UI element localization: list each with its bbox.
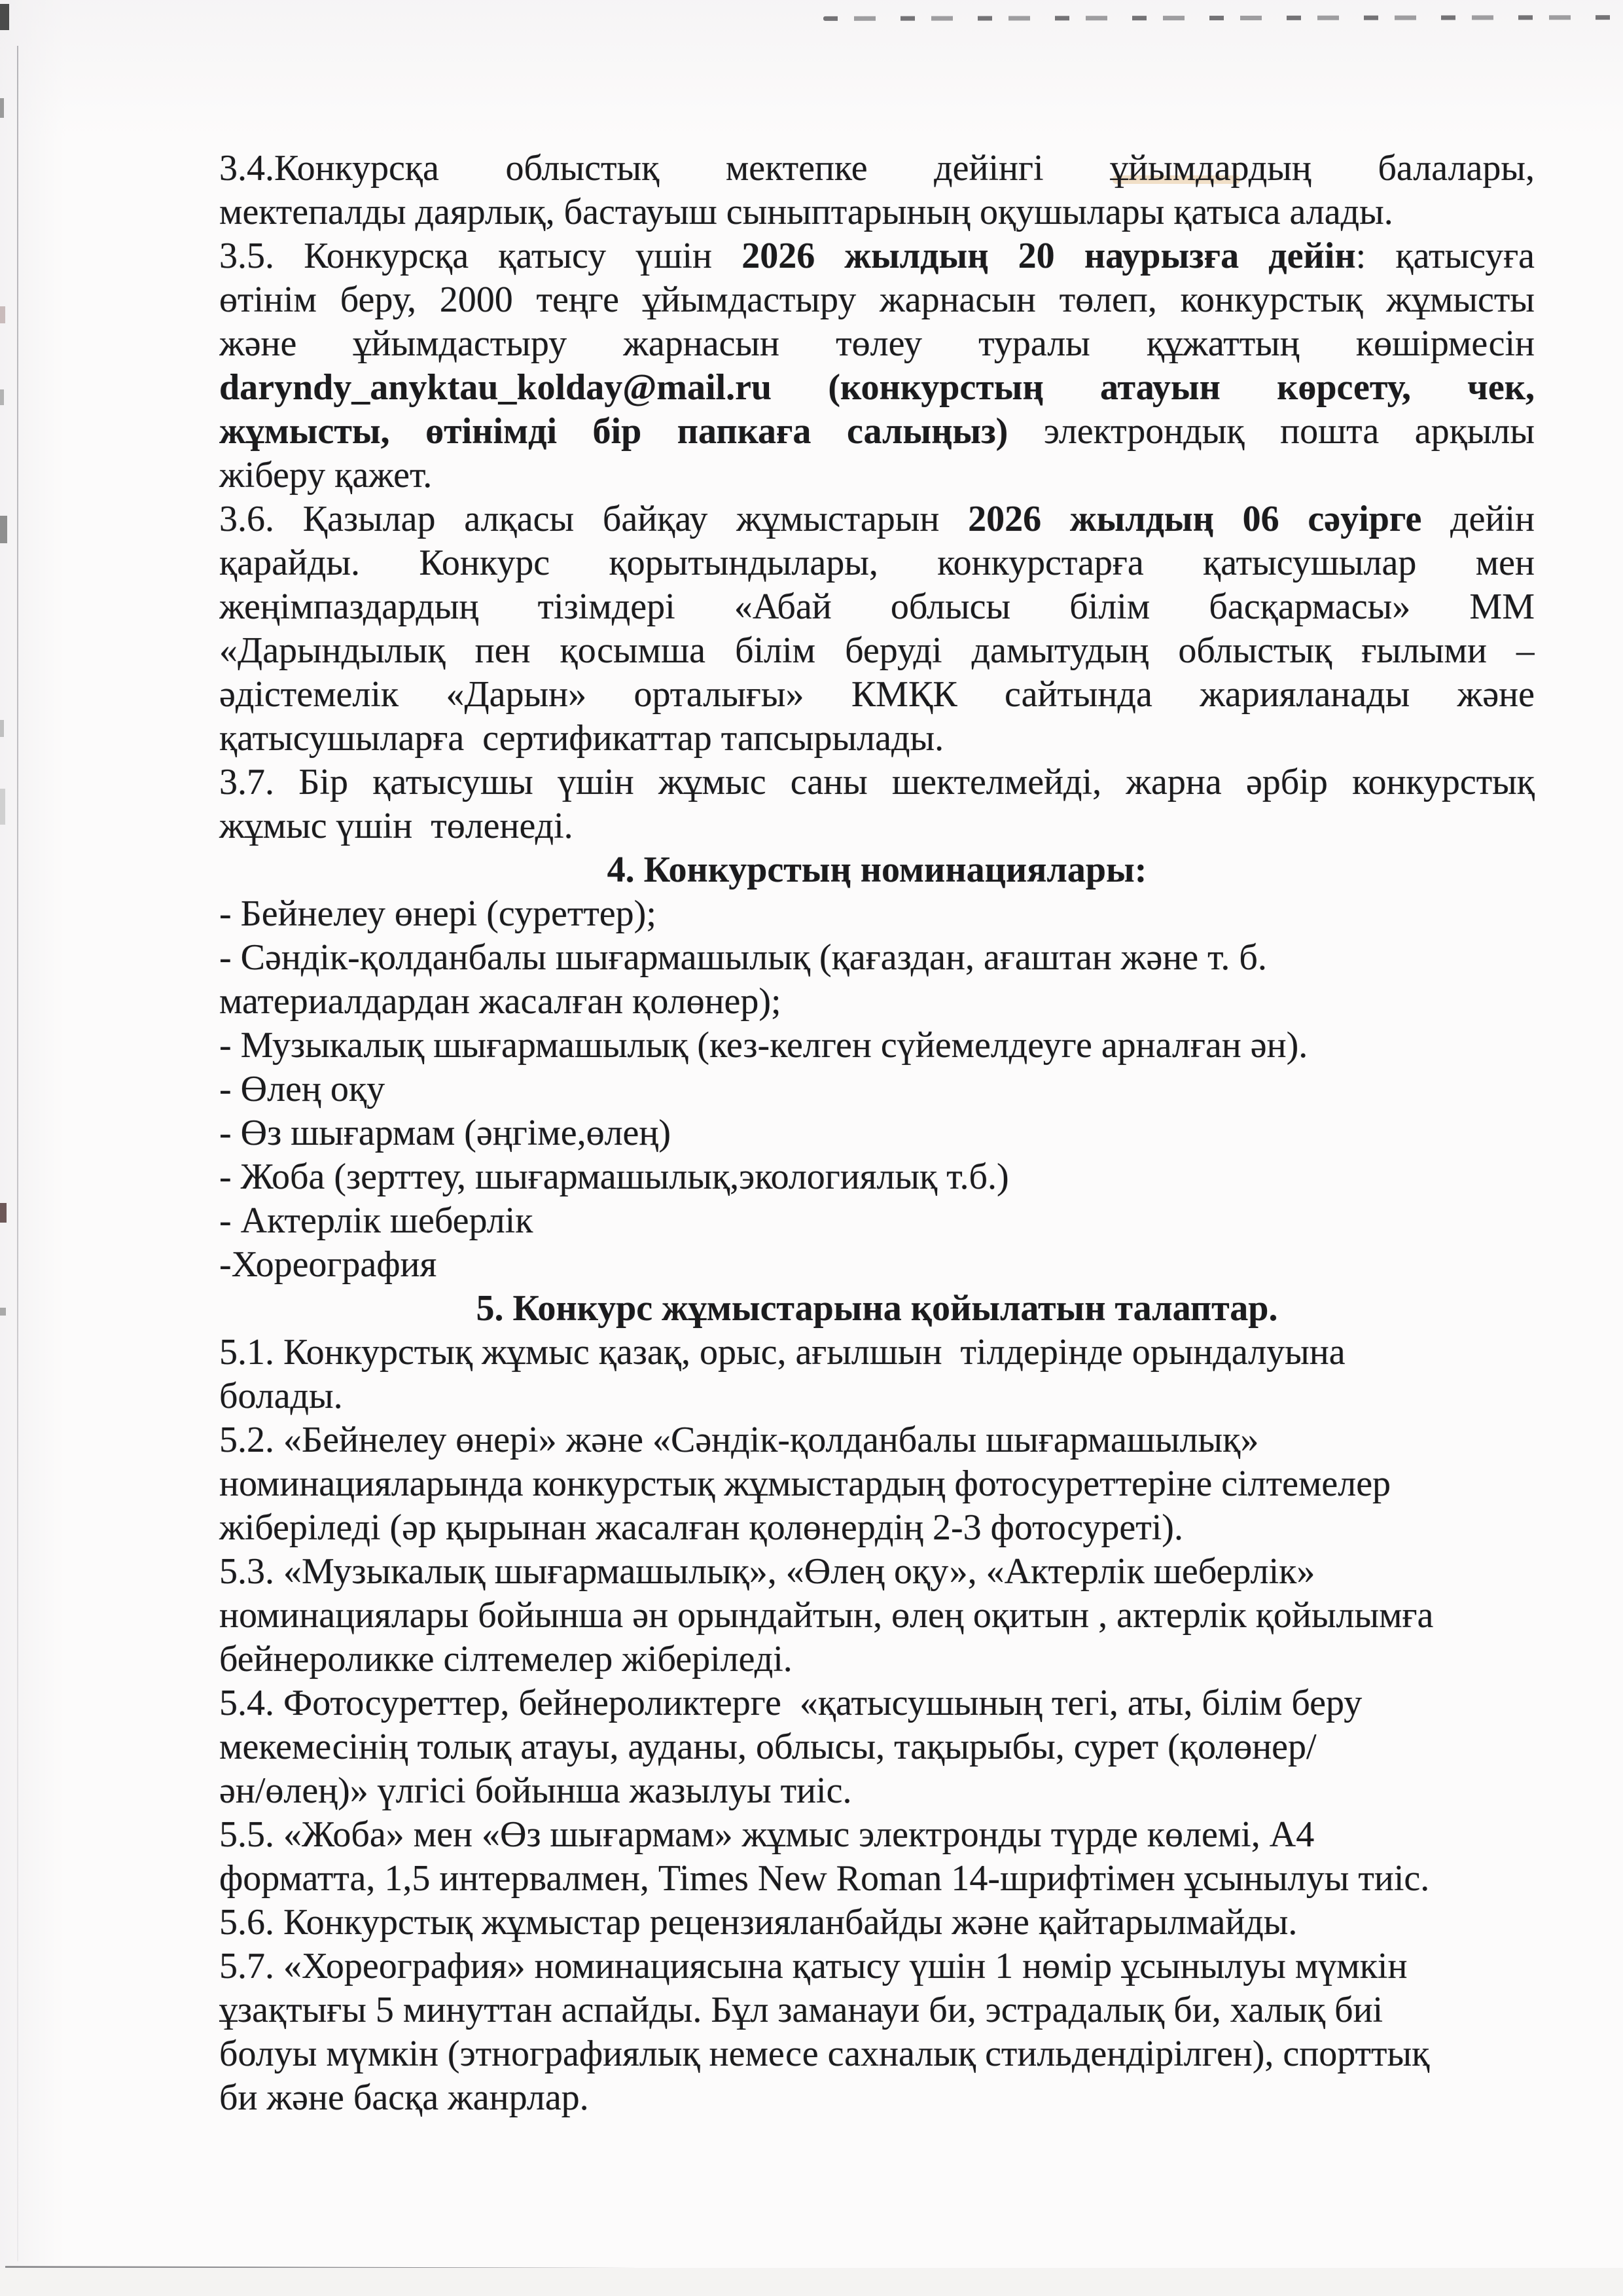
document-text: 5.5. «Жоба» мен «Өз шығармам» жұмыс элек…	[219, 1814, 1314, 1855]
document-line: - Музыкалық шығармашылық (кез-келген сүй…	[219, 1024, 1535, 1067]
document-text: жұмыс үшін төленеді.	[219, 806, 573, 846]
document-text: 5.7. «Хореография» номинациясына қатысу …	[219, 1946, 1407, 1986]
document-line: жіберіледі (әр қырынан жасалған қолөнерд…	[219, 1506, 1535, 1550]
document-text: бейнероликке сілтемелер жіберіледі.	[219, 1639, 793, 1679]
document-text-block: 3.4.Конкурсқа облыстық мектепке дейінгі …	[219, 0, 1535, 2296]
document-line: - Сәндік-қолданбалы шығармашылық (қағазд…	[219, 936, 1535, 980]
document-text-bold: 4. Конкурстың номинациялары:	[607, 850, 1147, 890]
document-line: - Жоба (зерттеу, шығармашылық,экологиялы…	[219, 1155, 1535, 1199]
document-text: әдістемелік «Дарын» орталығы» КМҚК сайты…	[219, 674, 1535, 715]
document-text: номинацияларында конкурстық жұмыстардың …	[219, 1463, 1391, 1504]
document-line: өтінім беру, 2000 теңге ұйымдастыру жарн…	[219, 278, 1535, 322]
document-line: әдістемелік «Дарын» орталығы» КМҚК сайты…	[219, 673, 1535, 717]
document-text: жеңімпаздардың тізімдері «Абай облысы бі…	[219, 586, 1535, 627]
document-line: 5.7. «Хореография» номинациясына қатысу …	[219, 1945, 1535, 1988]
document-line: номинацияларында конкурстық жұмыстардың …	[219, 1462, 1535, 1506]
document-text: 3.7. Бір қатысушы үшін жұмыс саны шектел…	[219, 762, 1535, 802]
document-text: - Музыкалық шығармашылық (кез-келген сүй…	[219, 1025, 1308, 1066]
document-line: - Өлең оқу	[219, 1067, 1535, 1111]
document-line: - Актерлік шеберлік	[219, 1199, 1535, 1243]
document-line: ұзақтығы 5 минуттан аспайды. Бұл заманау…	[219, 1988, 1535, 2032]
document-line: қатысушыларға сертификаттар тапсырылады.	[219, 717, 1535, 761]
document-text: - Өз шығармам (әңгіме,өлең)	[219, 1113, 671, 1153]
document-text: 3.6. Қазылар алқасы байқау жұмыстарын	[219, 499, 968, 539]
document-text: қарайды. Конкурс қорытындылары, конкурст…	[219, 543, 1535, 583]
document-text: номинациялары бойынша ән орындайтын, өле…	[219, 1595, 1433, 1636]
document-line: 5.4. Фотосуреттер, бейнероликтерге «қаты…	[219, 1681, 1535, 1725]
scanned-document-page: 3.4.Конкурсқа облыстық мектепке дейінгі …	[0, 0, 1623, 2296]
scan-left-edge-mark	[0, 4, 9, 30]
document-line: жіберу қажет.	[219, 454, 1535, 497]
document-line: жұмысты, өтінімді бір папкаға салыңыз) э…	[219, 410, 1535, 454]
document-line: қарайды. Конкурс қорытындылары, конкурст…	[219, 541, 1535, 585]
document-line: 5. Конкурс жұмыстарына қойылатын талапта…	[219, 1287, 1535, 1331]
document-text: форматта, 1,5 интервалмен, Times New Rom…	[219, 1858, 1429, 1899]
document-text: электрондық пошта арқылы	[1008, 411, 1535, 452]
document-line: болуы мүмкін (этнографиялық немесе сахна…	[219, 2032, 1535, 2076]
document-line: мектепалды даярлық, бастауыш сыныптарыны…	[219, 190, 1535, 234]
document-line: бейнероликке сілтемелер жіберіледі.	[219, 1638, 1535, 1681]
document-line: «Дарындылық пен қосымша білім беруді дам…	[219, 629, 1535, 673]
scan-left-edge-mark	[0, 306, 5, 323]
document-text: би және басқа жанрлар.	[219, 2077, 589, 2118]
document-line: 3.6. Қазылар алқасы байқау жұмыстарын 20…	[219, 497, 1535, 541]
document-text-bold: daryndy_anyktau_kolday@mail.ru (конкурст…	[219, 367, 1535, 408]
document-text-bold: 2026 жылдың 20 наурызға дейін	[741, 236, 1355, 276]
document-line: болады.	[219, 1374, 1535, 1418]
document-text: жіберіледі (әр қырынан жасалған қолөнерд…	[219, 1507, 1183, 1548]
document-line: ән/өлең)» үлгісі бойынша жазылуы тиіс.	[219, 1769, 1535, 1813]
document-line: - Бейнелеу өнері (суреттер);	[219, 892, 1535, 936]
document-text: 3.4.Конкурсқа облыстық мектепке дейінгі …	[219, 148, 1535, 188]
document-line: daryndy_anyktau_kolday@mail.ru (конкурст…	[219, 366, 1535, 410]
scan-left-edge-line	[17, 46, 18, 2261]
document-text-bold: 5. Конкурс жұмыстарына қойылатын талапта…	[476, 1288, 1278, 1329]
scan-left-edge-mark	[0, 720, 4, 737]
document-line: 5.6. Конкурстық жұмыстар рецензияланбайд…	[219, 1901, 1535, 1945]
document-text: - Өлең оқу	[219, 1069, 385, 1109]
document-line: 5.1. Конкурстық жұмыс қазақ, орыс, ағылш…	[219, 1331, 1535, 1374]
document-line: 3.4.Конкурсқа облыстық мектепке дейінгі …	[219, 147, 1535, 190]
document-text: ән/өлең)» үлгісі бойынша жазылуы тиіс.	[219, 1770, 851, 1811]
document-text: материалдардан жасалған қолөнер);	[219, 981, 781, 1022]
document-text: 5.1. Конкурстық жұмыс қазақ, орыс, ағылш…	[219, 1332, 1346, 1372]
document-text: - Жоба (зерттеу, шығармашылық,экологиялы…	[219, 1157, 1009, 1197]
document-text-bold: жұмысты, өтінімді бір папкаға салыңыз)	[219, 411, 1008, 452]
document-text: - Актерлік шеберлік	[219, 1200, 533, 1241]
document-line: материалдардан жасалған қолөнер);	[219, 980, 1535, 1024]
document-line: - Өз шығармам (әңгіме,өлең)	[219, 1111, 1535, 1155]
document-line: мекемесінің толық атауы, ауданы, облысы,…	[219, 1725, 1535, 1769]
document-line: 4. Конкурстың номинациялары:	[219, 848, 1535, 892]
document-text: 5.3. «Музыкалық шығармашылық», «Өлең оқу…	[219, 1551, 1315, 1592]
document-line: 5.5. «Жоба» мен «Өз шығармам» жұмыс элек…	[219, 1813, 1535, 1857]
document-text: болуы мүмкін (этнографиялық немесе сахна…	[219, 2034, 1429, 2074]
document-text: 3.5. Конкурсқа қатысу үшін	[219, 236, 741, 276]
document-line: номинациялары бойынша ән орындайтын, өле…	[219, 1594, 1535, 1638]
document-line: жұмыс үшін төленеді.	[219, 804, 1535, 848]
document-line: 3.5. Конкурсқа қатысу үшін 2026 жылдың 2…	[219, 234, 1535, 278]
document-line: 5.2. «Бейнелеу өнері» және «Сәндік-қолда…	[219, 1418, 1535, 1462]
scan-left-edge-mark	[0, 98, 4, 118]
document-text: 5.6. Конкурстық жұмыстар рецензияланбайд…	[219, 1902, 1297, 1943]
document-text: 5.4. Фотосуреттер, бейнероликтерге «қаты…	[219, 1683, 1362, 1723]
document-text: : қатысуға	[1356, 236, 1535, 276]
scan-left-edge-mark	[0, 389, 4, 405]
document-line: және ұйымдастыру жарнасын төлеу туралы қ…	[219, 322, 1535, 366]
document-text: - Сәндік-қолданбалы шығармашылық (қағазд…	[219, 937, 1267, 978]
document-text: қатысушыларға сертификаттар тапсырылады.	[219, 718, 944, 759]
document-text: 5.2. «Бейнелеу өнері» және «Сәндік-қолда…	[219, 1420, 1258, 1460]
document-text-bold: 2026 жылдың 06 сәуірге	[968, 499, 1421, 539]
document-line: би және басқа жанрлар.	[219, 2076, 1535, 2120]
scan-left-edge-mark	[0, 1308, 6, 1316]
document-text: және ұйымдастыру жарнасын төлеу туралы қ…	[219, 323, 1535, 364]
document-text: жіберу қажет.	[219, 455, 432, 495]
document-text: мекемесінің толық атауы, ауданы, облысы,…	[219, 1727, 1317, 1767]
scan-left-edge-mark	[0, 1203, 7, 1223]
document-line: форматта, 1,5 интервалмен, Times New Rom…	[219, 1857, 1535, 1901]
document-line: 3.7. Бір қатысушы үшін жұмыс саны шектел…	[219, 761, 1535, 804]
document-text: -Хореография	[219, 1244, 437, 1285]
document-text: мектепалды даярлық, бастауыш сыныптарыны…	[219, 192, 1393, 232]
document-text: - Бейнелеу өнері (суреттер);	[219, 893, 656, 934]
scan-left-edge-mark	[0, 789, 5, 825]
document-line: жеңімпаздардың тізімдері «Абай облысы бі…	[219, 585, 1535, 629]
document-text: «Дарындылық пен қосымша білім беруді дам…	[219, 630, 1535, 671]
document-text: болады.	[219, 1376, 343, 1416]
document-line: 5.3. «Музыкалық шығармашылық», «Өлең оқу…	[219, 1550, 1535, 1594]
document-text: ұзақтығы 5 минуттан аспайды. Бұл заманау…	[219, 1990, 1383, 2030]
scan-area-below-page	[0, 2268, 1623, 2296]
document-text: дейін	[1421, 499, 1535, 539]
scan-left-edge-mark	[0, 516, 7, 543]
document-line: -Хореография	[219, 1243, 1535, 1287]
document-text: өтінім беру, 2000 теңге ұйымдастыру жарн…	[219, 279, 1535, 320]
